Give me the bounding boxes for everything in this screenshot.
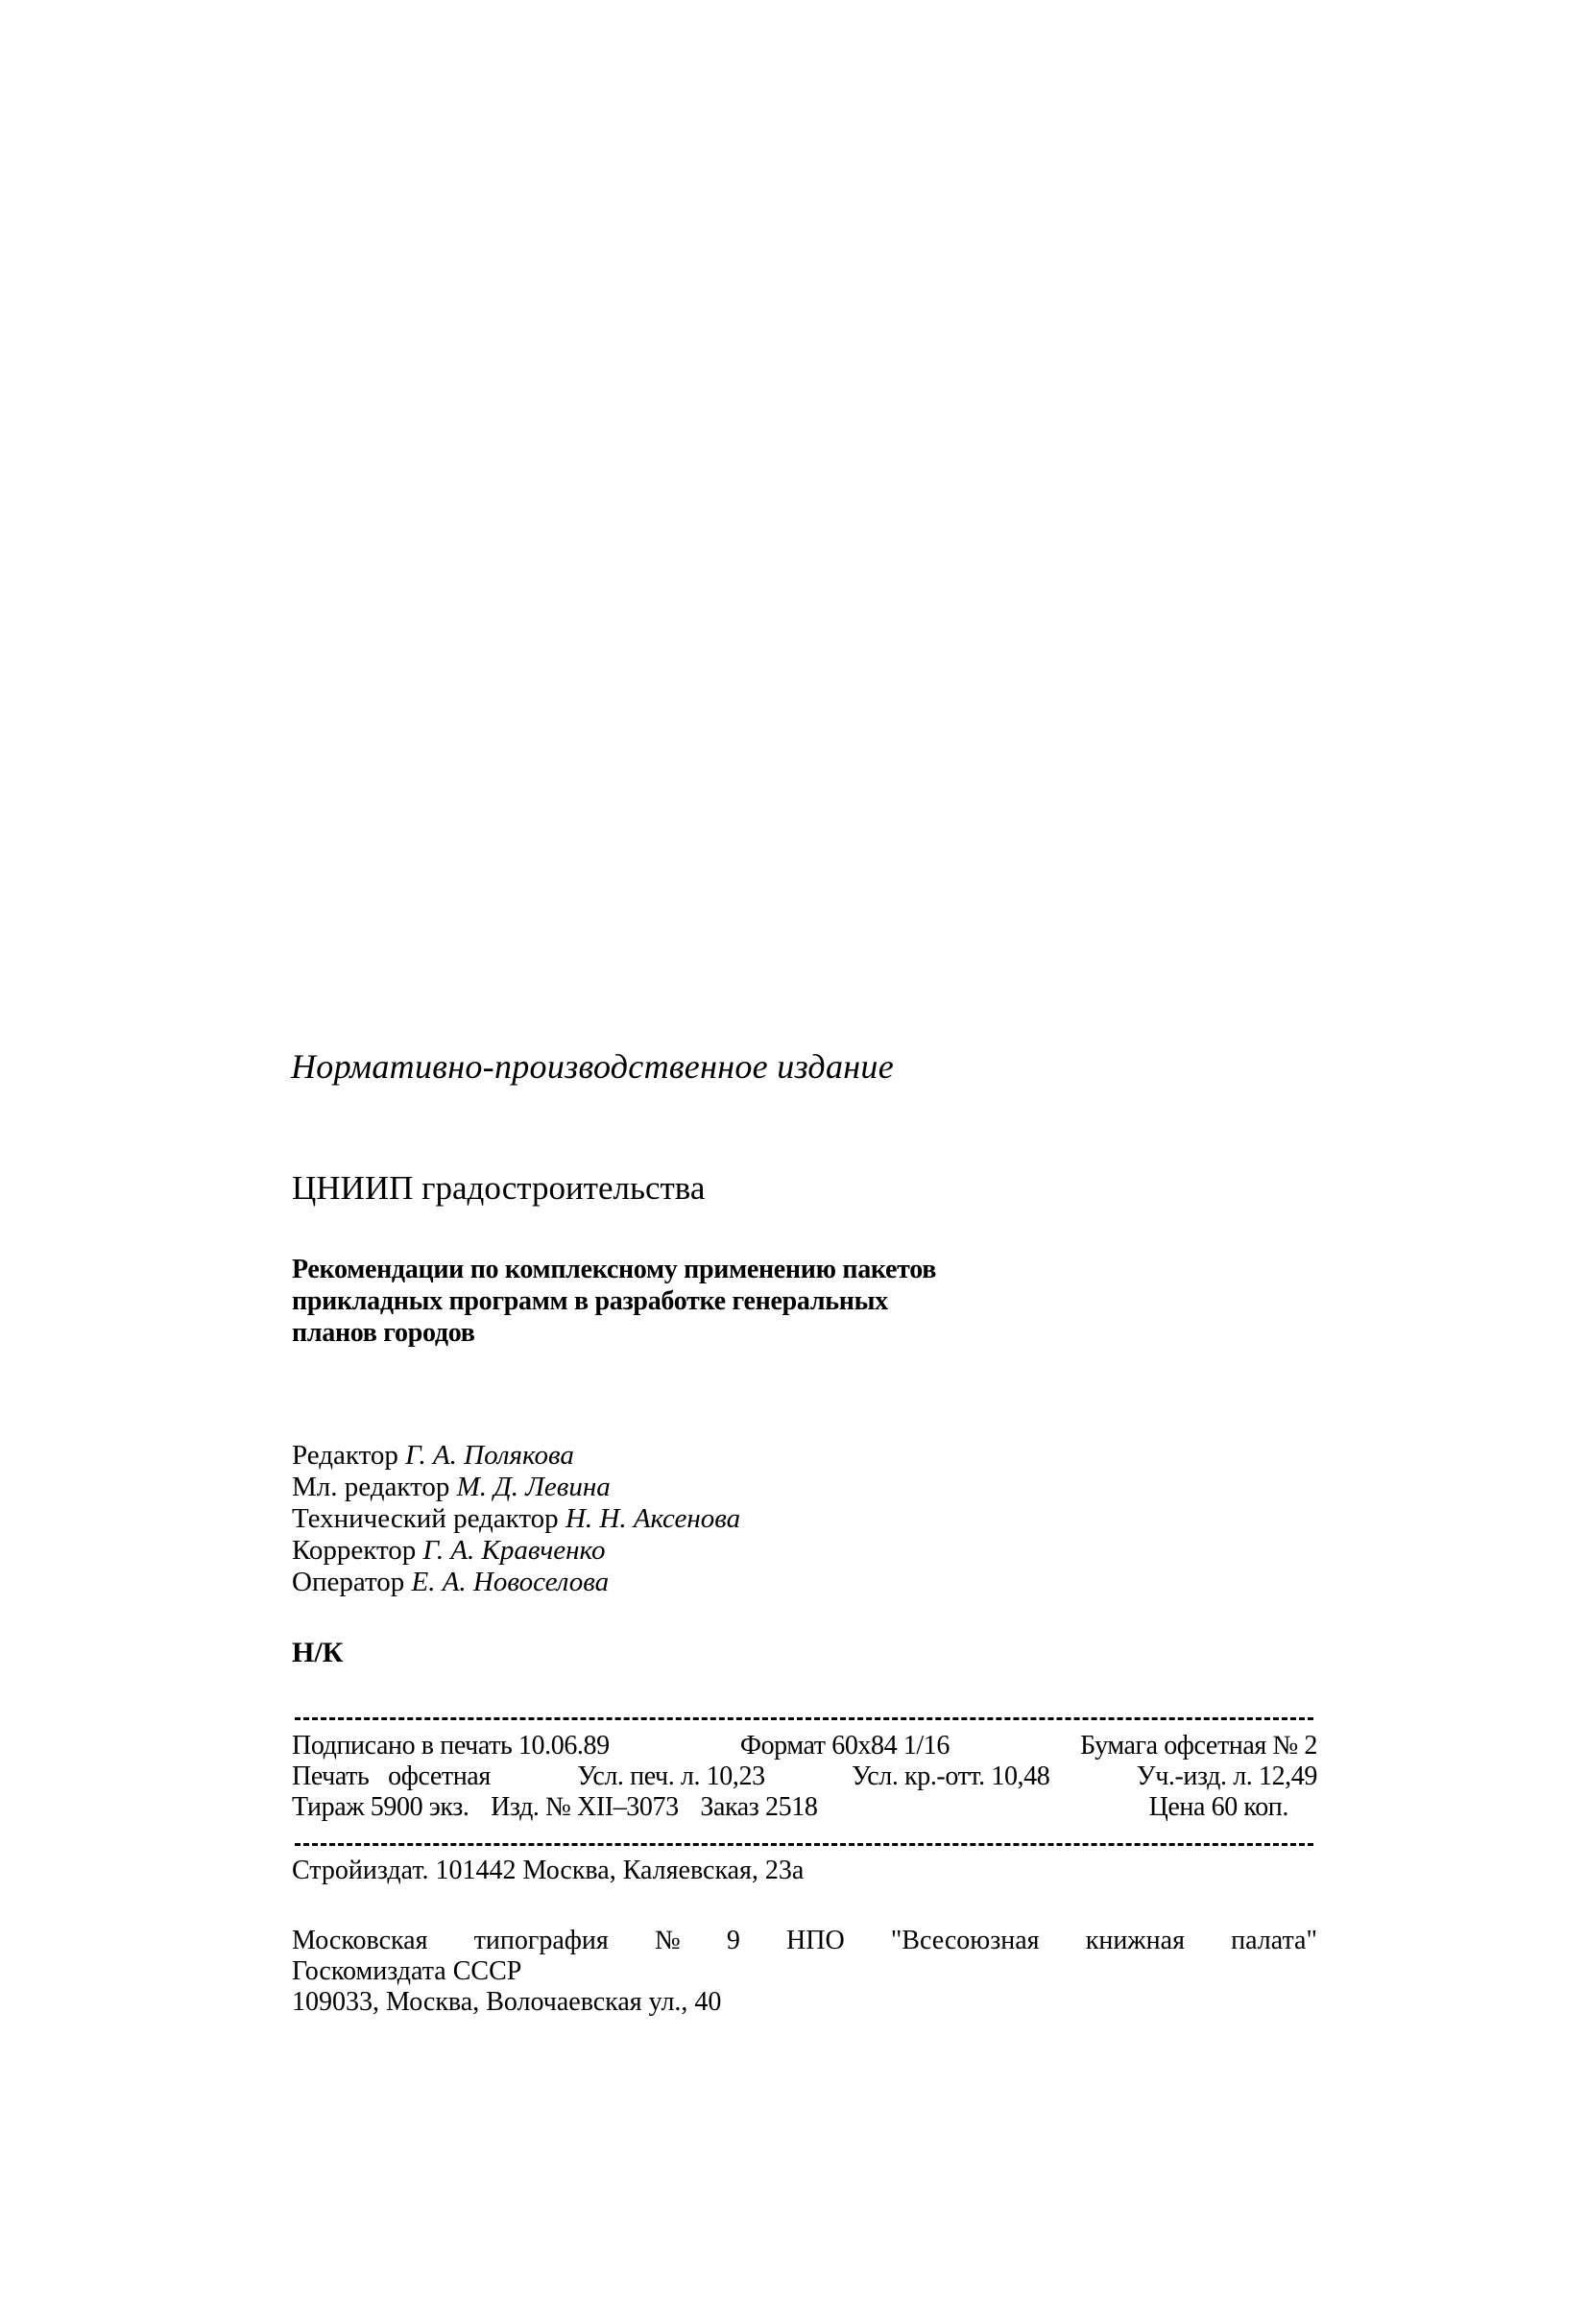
price: Цена 60 коп. (1149, 1792, 1288, 1823)
credit-technical-editor: Технический редактор Н. Н. Аксенова (292, 1503, 740, 1535)
colophon-page: Нормативно-производственное издание ЦНИИ… (0, 0, 1588, 2324)
dashed-divider-bottom (295, 1843, 1313, 1846)
imprint-row-2: Печать офсетная Усл. печ. л. 10,23 Усл. … (292, 1761, 1317, 1792)
printer-word: Московская (292, 1926, 427, 1956)
signed-to-print: Подписано в печать 10.06.89 (292, 1731, 610, 1761)
tirazh: Тираж 5900 экз. (292, 1792, 469, 1822)
printer-word: "Всесоюзная (891, 1926, 1040, 1956)
credit-editor: Редактор Г. А. Полякова (292, 1440, 740, 1472)
format: Формат 60х84 1/16 (740, 1731, 950, 1761)
imprint-row-1: Подписано в печать 10.06.89 Формат 60х84… (292, 1731, 1317, 1761)
printer-word: НПО (786, 1926, 845, 1956)
printer-parent-org: Госкомиздата СССР (292, 1956, 1317, 1987)
title-line: Рекомендации по комплексному применению … (292, 1254, 936, 1285)
order-number: Заказ 2518 (700, 1792, 817, 1822)
edition-type: Нормативно-производственное издание (291, 1046, 894, 1087)
printer-word: типография (474, 1926, 609, 1956)
credit-person: Г. А. Кравченко (423, 1535, 606, 1566)
printer-address: 109033, Москва, Волочаевская ул., 40 (292, 1987, 1317, 2018)
credit-person: М. Д. Левина (457, 1472, 611, 1502)
usl-pech-l: Усл. печ. л. 10,23 (577, 1761, 764, 1792)
credit-person: Н. Н. Аксенова (565, 1503, 740, 1534)
credit-proofreader: Корректор Г. А. Кравченко (292, 1535, 740, 1567)
izd-number: Изд. № XII–3073 (491, 1792, 679, 1822)
organization-name: ЦНИИП градостроительства (292, 1169, 705, 1208)
printer-word: палата" (1231, 1926, 1317, 1956)
usl-kr-ott: Усл. кр.-отт. 10,48 (852, 1761, 1049, 1792)
publisher-address: Стройиздат. 101442 Москва, Каляевская, 2… (292, 1856, 804, 1886)
classification-mark: Н/К (292, 1637, 343, 1669)
credit-role: Технический редактор (292, 1503, 559, 1534)
credit-role: Корректор (292, 1535, 416, 1566)
credit-person: Г. А. Полякова (405, 1440, 574, 1471)
credit-role: Оператор (292, 1567, 404, 1597)
paper: Бумага офсетная № 2 (1080, 1731, 1317, 1761)
printer-word: № (655, 1926, 681, 1956)
credit-junior-editor: Мл. редактор М. Д. Левина (292, 1472, 740, 1503)
printer-block: Московская типография № 9 НПО "Всесоюзна… (292, 1926, 1317, 2018)
printer-name-line: Московская типография № 9 НПО "Всесоюзна… (292, 1926, 1317, 1956)
credits-list: Редактор Г. А. Полякова Мл. редактор М. … (292, 1440, 740, 1598)
document-title: Рекомендации по комплексному применению … (292, 1254, 936, 1349)
imprint-row-3: Тираж 5900 экз. Изд. № XII–3073 Заказ 25… (292, 1792, 1317, 1823)
title-line: планов городов (292, 1317, 936, 1349)
credit-role: Мл. редактор (292, 1472, 449, 1502)
title-line: прикладных программ в разработке генерал… (292, 1285, 936, 1317)
credit-role: Редактор (292, 1440, 398, 1471)
imprint-block: Подписано в печать 10.06.89 Формат 60х84… (292, 1731, 1317, 1823)
credit-person: Е. А. Новоселова (412, 1567, 610, 1597)
print-type: Печать офсетная (292, 1761, 491, 1792)
imprint-row-3-left: Тираж 5900 экз. Изд. № XII–3073 Заказ 25… (292, 1792, 817, 1823)
printer-word: 9 (727, 1926, 740, 1956)
dashed-divider-top (295, 1717, 1313, 1720)
uch-izd-l: Уч.-изд. л. 12,49 (1137, 1761, 1317, 1792)
printer-word: книжная (1086, 1926, 1185, 1956)
credit-operator: Оператор Е. А. Новоселова (292, 1567, 740, 1598)
